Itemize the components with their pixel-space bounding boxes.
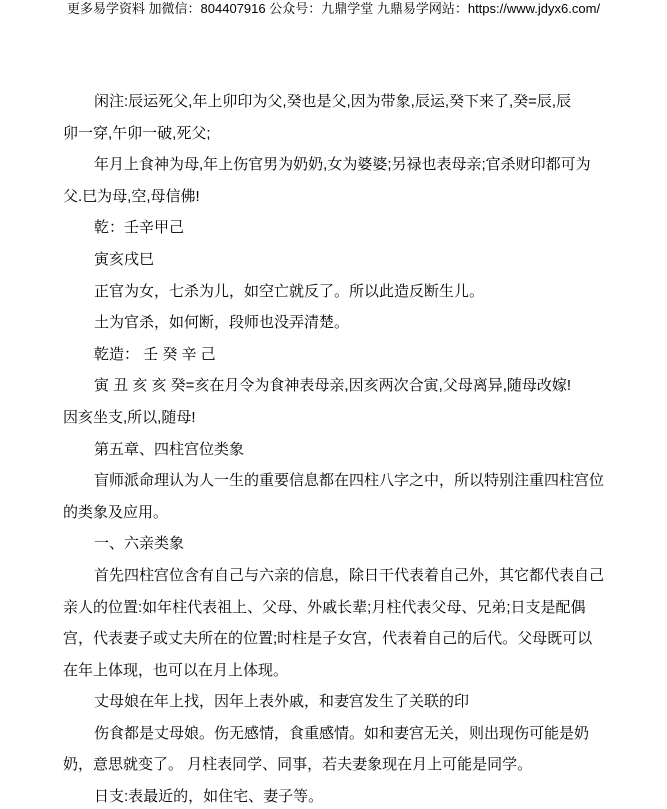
document-body: 闲注:辰运死父,年上卯印为父,癸也是父,因为带象,辰运,癸下来了,癸=辰,辰卯一… [63, 86, 623, 809]
text-line: 乾造： 壬 癸 辛 己 [63, 339, 623, 371]
document-page: 更多易学资料 加微信：804407916 公众号：九鼎学堂 九鼎易学网站：htt… [0, 0, 667, 809]
text-line: 日支:表最近的，如住宅、妻子等。 [63, 781, 623, 809]
text-line: 正官为女，七杀为儿，如空亡就反了。所以此造反断生儿。 [63, 276, 623, 308]
text-line: 卯一穿,午卯一破,死父; [63, 118, 623, 150]
text-line: 在年上体现，也可以在月上体现。 [63, 655, 623, 687]
text-line: 乾：壬辛甲己 [63, 212, 623, 244]
text-line: 土为官杀，如何断，段师也没弄清楚。 [63, 307, 623, 339]
text-line: 年月上食神为母,年上伤官男为奶奶,女为婆婆;另禄也表母亲;官杀财印都可为 [63, 149, 623, 181]
text-line: 的类象及应用。 [63, 497, 623, 529]
text-line: 亲人的位置:如年柱代表祖上、父母、外戚长辈;月柱代表父母、兄弟;日支是配偶 [63, 592, 623, 624]
text-line: 父.巳为母,空,母信佛! [63, 181, 623, 213]
page-header: 更多易学资料 加微信：804407916 公众号：九鼎学堂 九鼎易学网站：htt… [0, 1, 667, 17]
text-line: 伤食都是丈母娘。伤无感情，食重感情。如和妻宫无关，则出现伤可能是奶 [63, 718, 623, 750]
text-line: 一、六亲类象 [63, 528, 623, 560]
text-line: 盲师派命理认为人一生的重要信息都在四柱八字之中，所以特别注重四柱宫位 [63, 465, 623, 497]
text-line: 寅亥戌巳 [63, 244, 623, 276]
text-line: 寅 丑 亥 亥 癸=亥在月令为食神表母亲,因亥两次合寅,父母离异,随母改嫁! [63, 370, 623, 402]
text-line: 首先四柱宫位含有自己与六亲的信息，除日干代表着自己外，其它都代表自己 [63, 560, 623, 592]
text-line: 丈母娘在年上找，因年上表外戚，和妻宫发生了关联的印 [63, 686, 623, 718]
text-line: 闲注:辰运死父,年上卯印为父,癸也是父,因为带象,辰运,癸下来了,癸=辰,辰 [63, 86, 623, 118]
text-line: 因亥坐支,所以,随母! [63, 402, 623, 434]
text-line: 宫，代表妻子或丈夫所在的位置;时柱是子女宫，代表着自己的后代。父母既可以 [63, 623, 623, 655]
text-line: 第五章、四柱宫位类象 [63, 434, 623, 466]
text-line: 奶，意思就变了。 月柱表同学、同事，若夫妻象现在月上可能是同学。 [63, 749, 623, 781]
